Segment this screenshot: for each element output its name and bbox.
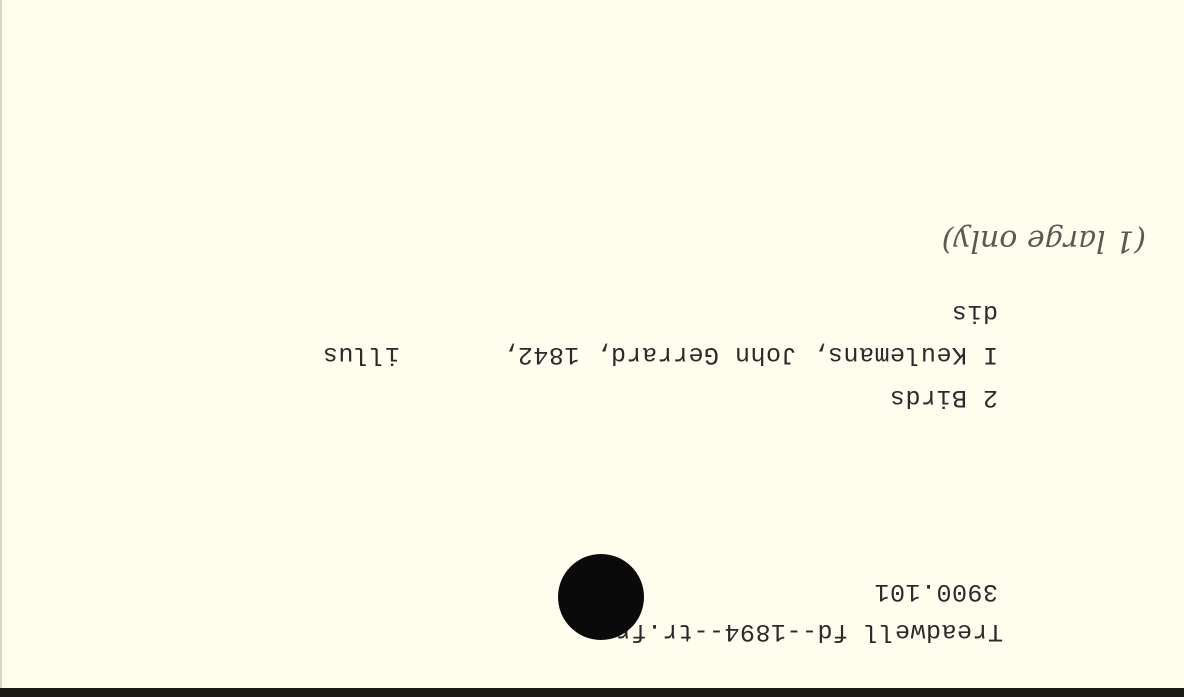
card-content-rotated: Treadwell fd--1894--tr.fr. 3900.101 2 Bi… <box>2 0 1184 688</box>
entry-birds: 2 Birds <box>889 383 998 412</box>
entry-dis: dis <box>951 298 998 327</box>
catalog-card: Treadwell fd--1894--tr.fr. 3900.101 2 Bi… <box>0 0 1184 688</box>
scan-bottom-edge <box>0 688 1184 697</box>
call-number: 3900.101 <box>874 577 998 606</box>
entry-illus: illus <box>322 340 400 369</box>
punch-hole <box>558 554 644 640</box>
call-line: Treadwell fd--1894--tr.fr. <box>600 617 1003 646</box>
entry-keulemans: I Keulemans, John Gerrard, 1842, <box>502 340 998 369</box>
handwritten-note: (1 large only) <box>942 223 1146 258</box>
